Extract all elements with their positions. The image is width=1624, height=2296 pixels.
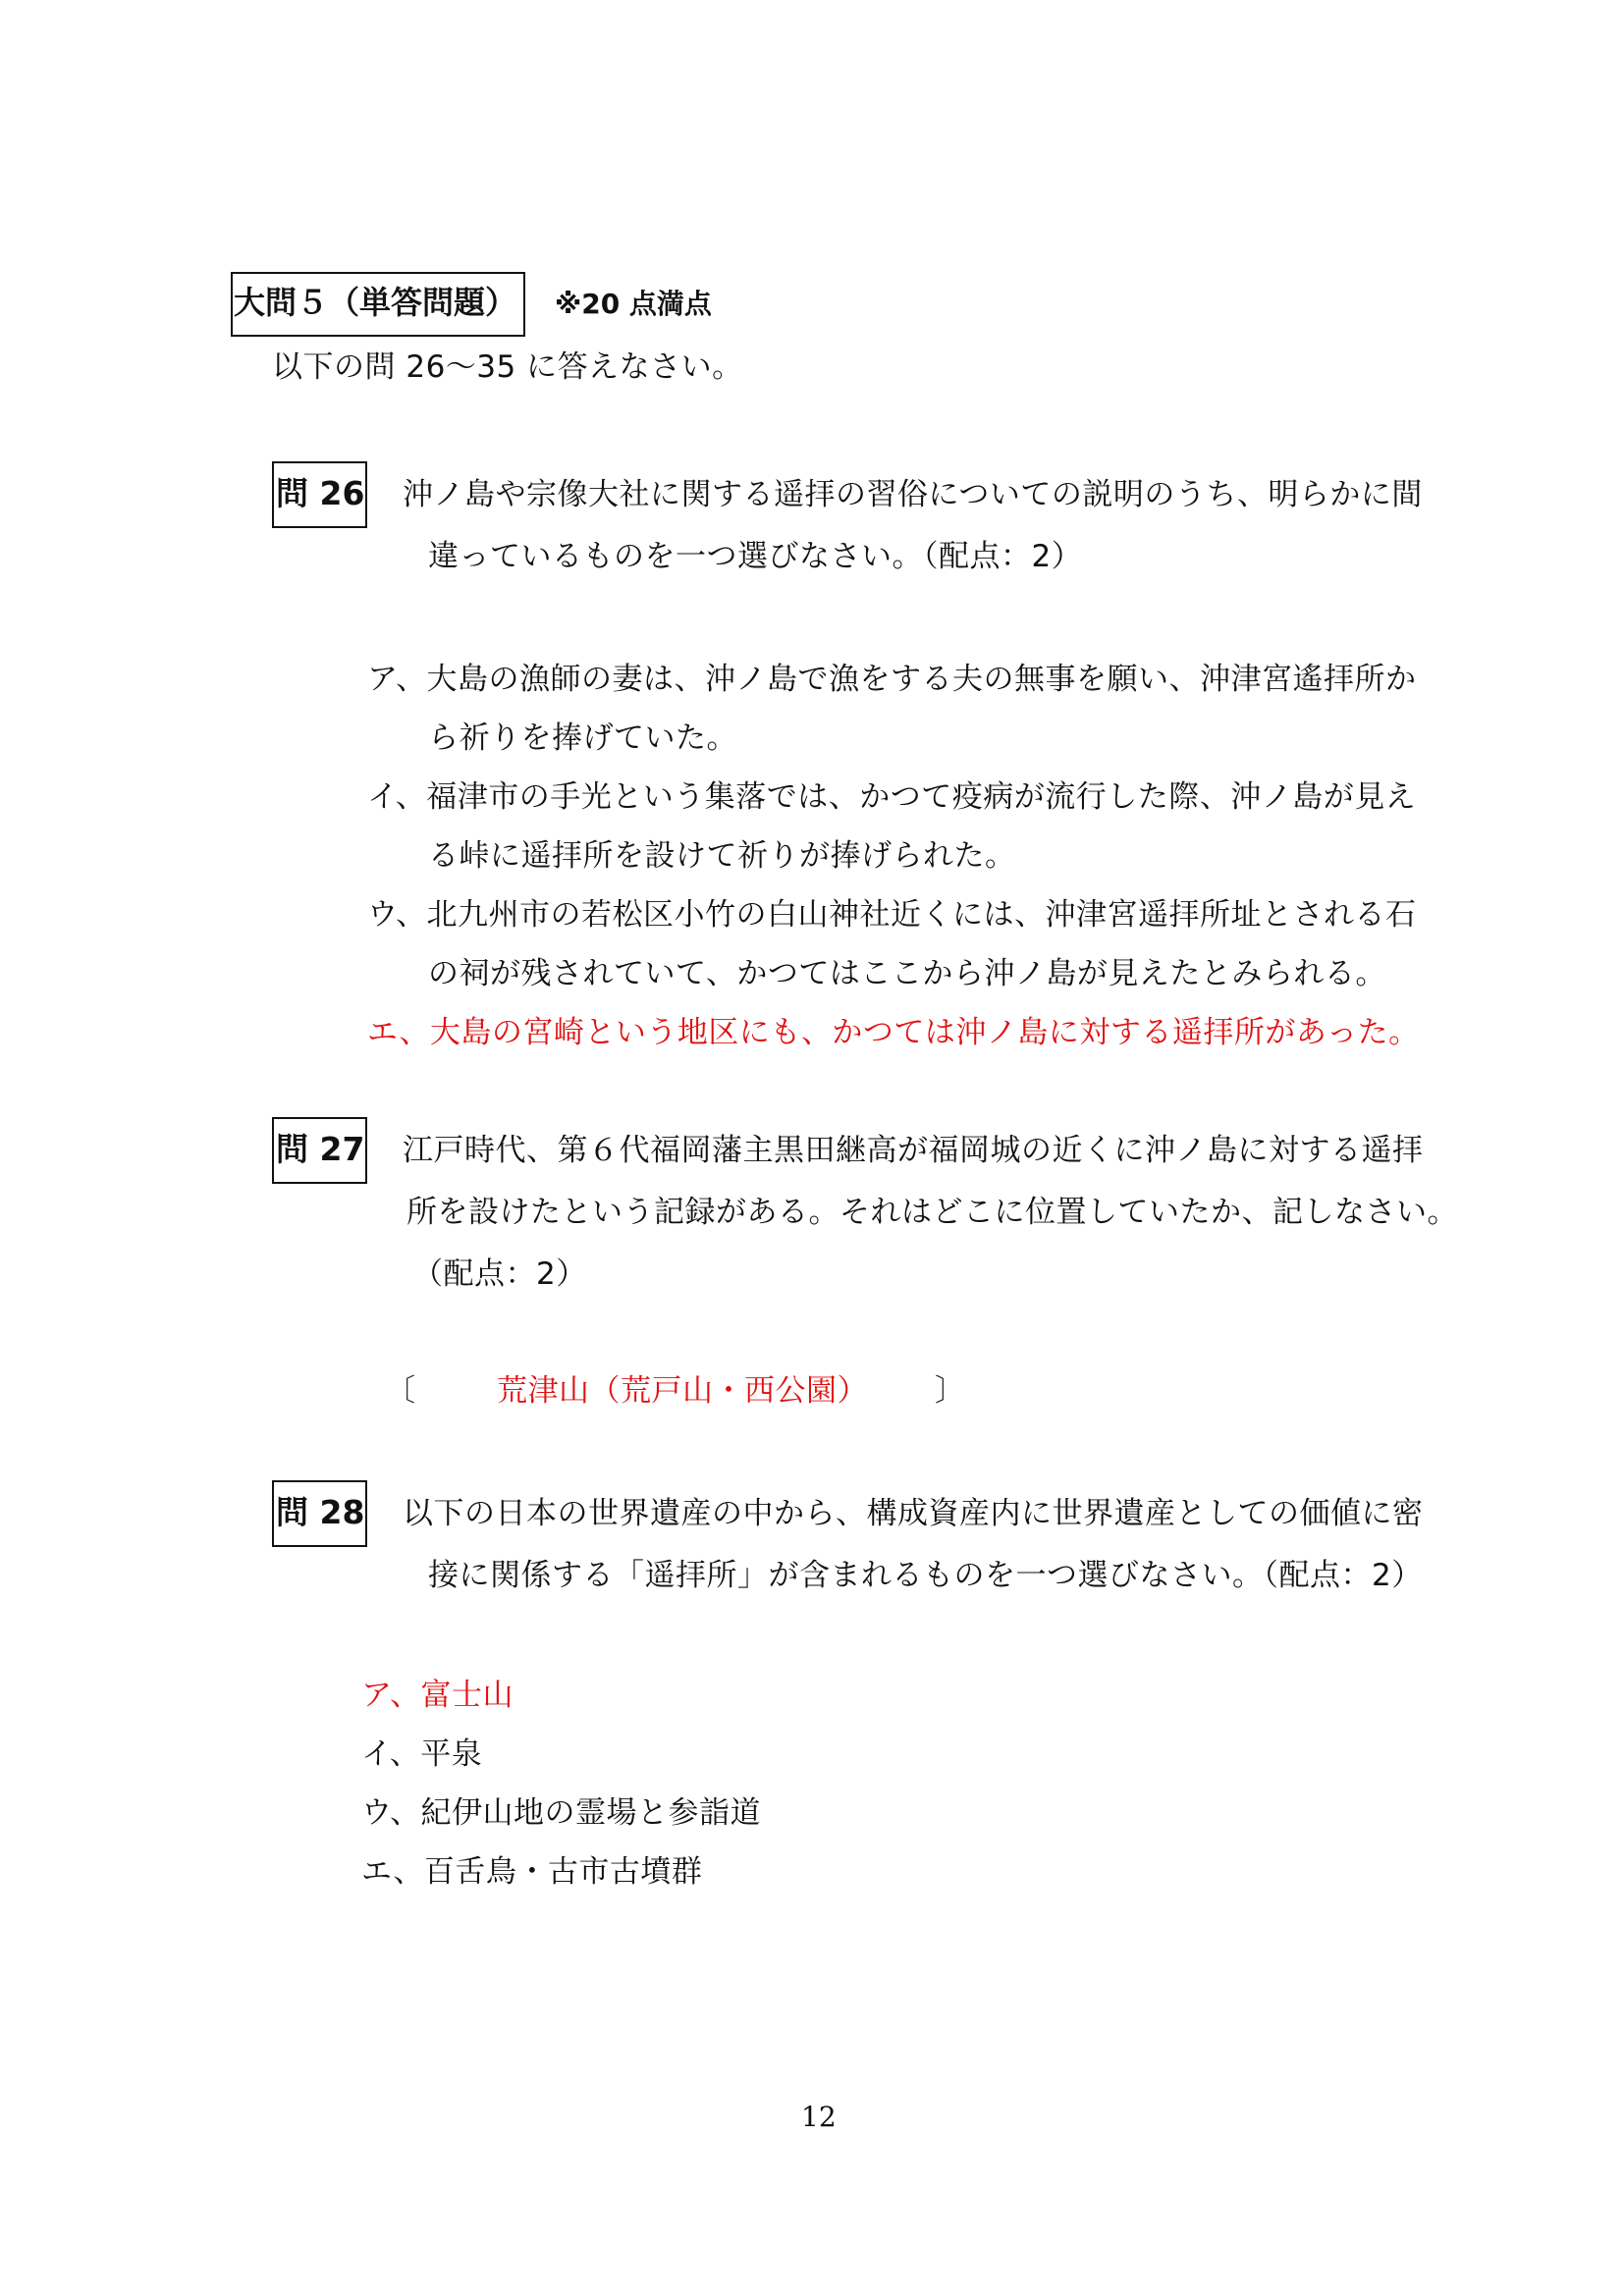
question-27-text-line-2: 所を設けたという記録がある。それはどこに位置していたか、記しなさい。 — [406, 1193, 1458, 1232]
question-26-choice-i-line-1: イ、福津市の手光という集落では、かつて疫病が流行した際、沖ノ島が見え — [367, 777, 1416, 817]
answer-close-bracket: 〕 — [935, 1371, 966, 1411]
question-27-text-line-3: （配点：2） — [412, 1255, 587, 1294]
question-27-label: 問 27 — [276, 1130, 364, 1169]
question-26-text-line-2: 違っているものを一つ選びなさい。（配点：2） — [428, 537, 1082, 576]
section-instruction: 以下の問 26〜35 に答えなさい。 — [272, 347, 743, 387]
question-28-choice-u: ウ、紀伊山地の霊場と参詣道 — [361, 1793, 761, 1833]
question-26-choice-e-answer: エ、大島の宮崎という地区にも、かつては沖ノ島に対する遥拝所があった。 — [367, 1013, 1420, 1052]
question-26-choice-i-line-2: る峠に遥拝所を設けて祈りが捧げられた。 — [428, 836, 1016, 876]
question-28-text-line-2: 接に関係する「遥拝所」が含まれるものを一つ選びなさい。（配点：2） — [428, 1556, 1423, 1595]
section-title: 大問５（単答問題） — [234, 283, 516, 322]
question-28-label: 問 28 — [276, 1493, 364, 1532]
question-26-label: 問 26 — [276, 474, 364, 513]
question-26-choice-u-line-1: ウ、北九州市の若松区小竹の白山神社近くには、沖津宮遥拝所址とされる石 — [367, 895, 1417, 934]
page-number: 12 — [801, 2101, 837, 2134]
question-27-text-line-1: 江戸時代、第６代福岡藩主黒田継高が福岡城の近くに沖ノ島に対する遥拝 — [403, 1131, 1424, 1170]
question-28-text-line-1: 以下の日本の世界遺産の中から、構成資産内に世界遺産としての価値に密 — [403, 1494, 1424, 1533]
question-28-choice-i: イ、平泉 — [361, 1735, 482, 1774]
question-28-choice-a-answer: ア、富士山 — [361, 1676, 514, 1715]
question-27-answer: 荒津山（荒戸山・西公園） — [497, 1371, 868, 1411]
question-26-choice-a-line-1: ア、大島の漁師の妻は、沖ノ島で漁をする夫の無事を願い、沖津宮遙拝所か — [367, 660, 1417, 699]
answer-open-bracket: 〔 — [385, 1371, 416, 1411]
question-26-choice-a-line-2: ら祈りを捧げていた。 — [428, 719, 737, 758]
question-26-text-line-1: 沖ノ島や宗像大社に関する遥拝の習俗についての説明のうち、明らかに間 — [403, 475, 1423, 514]
question-26-choice-u-line-2: の祠が残されていて、かつてはここから沖ノ島が見えたとみられる。 — [428, 954, 1386, 993]
question-28-choice-e: エ、百舌鳥・古市古墳群 — [361, 1852, 702, 1892]
section-score-note: ※20 点満点 — [555, 287, 712, 322]
